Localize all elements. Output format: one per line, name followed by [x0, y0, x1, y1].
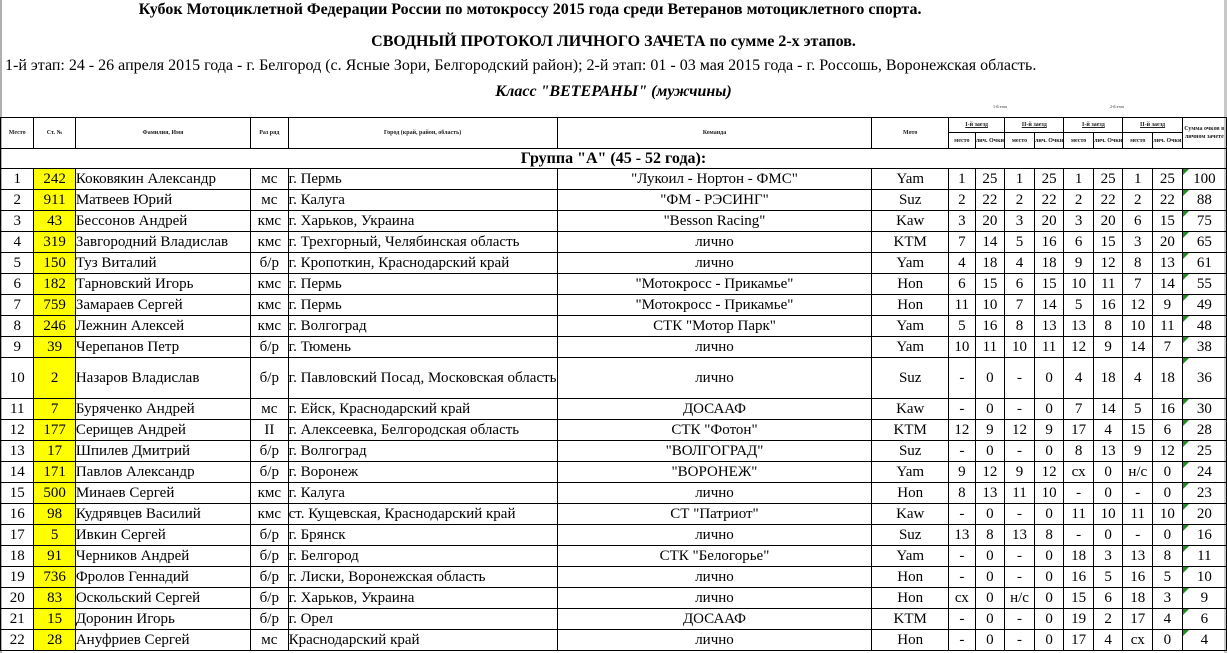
moto-cell: Yam [872, 337, 949, 358]
race-points-cell: 5 [1153, 567, 1183, 588]
col-s2r1-points: лич. Очки [1093, 133, 1123, 149]
race-points-cell: 16 [1153, 399, 1183, 420]
sum-cell: 16 [1182, 525, 1226, 546]
race-place-cell: 9 [1123, 441, 1153, 462]
race-place-cell: н/с [1005, 588, 1035, 609]
race-place-cell: - [1005, 609, 1035, 630]
city-cell: г. Пермь [288, 295, 557, 316]
name-cell: Назаров Владислав [75, 358, 250, 399]
sum-cell: 65 [1182, 232, 1226, 253]
race-place-cell: 11 [949, 295, 976, 316]
race-points-cell: 0 [975, 399, 1005, 420]
team-cell: ДОСААФ [557, 609, 872, 630]
race-place-cell: - [949, 399, 976, 420]
race-points-cell: 8 [1153, 546, 1183, 567]
table-row: 7759Замараев Сергейкмсг. Пермь"Мотокросс… [1, 295, 1227, 316]
race-place-cell: 3 [949, 211, 976, 232]
name-cell: Бессонов Андрей [75, 211, 250, 232]
race-points-cell: 0 [975, 609, 1005, 630]
name-cell: Туз Виталий [75, 253, 250, 274]
race-place-cell: 10 [1064, 274, 1094, 295]
stage2-label: 2-й этап [1110, 104, 1124, 109]
team-cell: "Лукоил - Нортон - ФМС" [557, 169, 872, 190]
race-points-cell: 12 [1093, 253, 1123, 274]
col-s2-race2: II-й заезд [1123, 118, 1182, 133]
name-cell: Тарновский Игорь [75, 274, 250, 295]
race-points-cell: 11 [1034, 337, 1064, 358]
name-cell: Буряченко Андрей [75, 399, 250, 420]
rank-cell: мс [251, 630, 289, 651]
race-place-cell: 13 [1005, 525, 1035, 546]
race-place-cell: сх [949, 588, 976, 609]
start-number-cell: 83 [34, 588, 75, 609]
race-points-cell: 25 [975, 169, 1005, 190]
race-place-cell: - [949, 609, 976, 630]
sum-cell: 48 [1182, 316, 1226, 337]
race-place-cell: 7 [1005, 295, 1035, 316]
col-name: Фамилия, Имя [75, 118, 250, 149]
place-cell: 10 [1, 358, 34, 399]
city-cell: г. Воронеж [288, 462, 557, 483]
race-place-cell: - [1005, 441, 1035, 462]
start-number-cell: 171 [34, 462, 75, 483]
race-points-cell: 0 [1034, 399, 1064, 420]
race-place-cell: сх [1123, 630, 1153, 651]
race-points-cell: 22 [1093, 190, 1123, 211]
place-cell: 21 [1, 609, 34, 630]
race-place-cell: - [1005, 546, 1035, 567]
race-place-cell: 1 [1123, 169, 1153, 190]
team-cell: СТ "Патриот" [557, 504, 872, 525]
city-cell: г. Трехгорный, Челябинская область [288, 232, 557, 253]
sum-cell: 49 [1182, 295, 1226, 316]
race-points-cell: 16 [1093, 295, 1123, 316]
race-points-cell: 0 [1034, 567, 1064, 588]
place-cell: 3 [1, 211, 34, 232]
moto-cell: Hon [872, 483, 949, 504]
moto-cell: Yam [872, 462, 949, 483]
race-points-cell: 0 [1034, 504, 1064, 525]
moto-cell: Hon [872, 567, 949, 588]
sum-cell: 55 [1182, 274, 1226, 295]
rank-cell: кмс [251, 483, 289, 504]
team-cell: лично [557, 232, 872, 253]
city-cell: г. Кропоткин, Краснодарский край [288, 253, 557, 274]
race-points-cell: 8 [1093, 316, 1123, 337]
moto-cell: Kaw [872, 399, 949, 420]
race-points-cell: 0 [1034, 609, 1064, 630]
sum-cell: 10 [1182, 567, 1226, 588]
place-cell: 13 [1, 441, 34, 462]
race-points-cell: 0 [1153, 525, 1183, 546]
start-number-cell: 242 [34, 169, 75, 190]
race-points-cell: 0 [975, 504, 1005, 525]
race-place-cell: 19 [1064, 609, 1094, 630]
table-row: 175Ивкин Сергейб/рг. БрянскличноSuz13813… [1, 525, 1227, 546]
place-cell: 12 [1, 420, 34, 441]
name-cell: Коковякин Александр [75, 169, 250, 190]
race-place-cell: 10 [949, 337, 976, 358]
race-points-cell: 0 [1034, 358, 1064, 399]
race-points-cell: 12 [1153, 441, 1183, 462]
race-place-cell: 3 [1005, 211, 1035, 232]
race-place-cell: - [1005, 399, 1035, 420]
table-row: 1317Шпилев Дмитрийб/рг. Волгоград"ВОЛГОГ… [1, 441, 1227, 462]
team-cell: лично [557, 337, 872, 358]
sum-cell: 25 [1182, 441, 1226, 462]
race-place-cell: - [1064, 483, 1094, 504]
race-place-cell: 2 [1123, 190, 1153, 211]
rank-cell: кмс [251, 504, 289, 525]
race-place-cell: 4 [1123, 358, 1153, 399]
race-points-cell: 13 [1093, 441, 1123, 462]
team-cell: "ФМ - РЭСИНГ" [557, 190, 872, 211]
table-row: 1242Коковякин Александрмсг. Пермь"Лукоил… [1, 169, 1227, 190]
team-cell: лично [557, 525, 872, 546]
col-s1-race1: I-й заезд [949, 118, 1005, 133]
class-title: Класс "ВЕТЕРАНЫ" (мужчины) [0, 83, 1227, 101]
race-points-cell: 15 [975, 274, 1005, 295]
race-points-cell: 7 [1153, 337, 1183, 358]
table-row: 2228Ануфриев СергеймсКраснодарский крайл… [1, 630, 1227, 651]
race-points-cell: 10 [1093, 504, 1123, 525]
col-s1-race2: II-й заезд [1005, 118, 1064, 133]
place-cell: 16 [1, 504, 34, 525]
moto-cell: Suz [872, 525, 949, 546]
col-rank: Раз ряд [251, 118, 289, 149]
start-number-cell: 39 [34, 337, 75, 358]
team-cell: лично [557, 630, 872, 651]
moto-cell: Yam [872, 169, 949, 190]
col-moto: Мото [872, 118, 949, 149]
stages-info: 1-й этап: 24 - 26 апреля 2015 года - г. … [5, 57, 1036, 75]
race-place-cell: 9 [1005, 462, 1035, 483]
name-cell: Замараев Сергей [75, 295, 250, 316]
city-cell: г. Калуга [288, 483, 557, 504]
race-points-cell: 13 [975, 483, 1005, 504]
race-place-cell: - [949, 567, 976, 588]
sum-cell: 23 [1182, 483, 1226, 504]
city-cell: г. Волгоград [288, 441, 557, 462]
place-cell: 19 [1, 567, 34, 588]
race-place-cell: 5 [949, 316, 976, 337]
place-cell: 9 [1, 337, 34, 358]
race-place-cell: 7 [1064, 399, 1094, 420]
name-cell: Павлов Александр [75, 462, 250, 483]
place-cell: 20 [1, 588, 34, 609]
race-points-cell: 20 [1093, 211, 1123, 232]
moto-cell: Hon [872, 630, 949, 651]
race-place-cell: 8 [949, 483, 976, 504]
race-points-cell: 14 [1093, 399, 1123, 420]
start-number-cell: 911 [34, 190, 75, 211]
table-row: 2115Доронин Игорьб/рг. ОрелДОСААФKTM-0-0… [1, 609, 1227, 630]
rank-cell: мс [251, 190, 289, 211]
start-number-cell: 500 [34, 483, 75, 504]
name-cell: Завгородний Владислав [75, 232, 250, 253]
team-cell: "Мотокросс - Прикамье" [557, 274, 872, 295]
start-number-cell: 28 [34, 630, 75, 651]
race-place-cell: 7 [949, 232, 976, 253]
city-cell: г. Белгород [288, 546, 557, 567]
col-sum: Сумма очков в личном зачете [1182, 118, 1226, 149]
city-cell: г. Харьков, Украина [288, 588, 557, 609]
race-points-cell: 15 [1153, 211, 1183, 232]
race-place-cell: - [949, 546, 976, 567]
city-cell: г. Ейск, Краснодарский край [288, 399, 557, 420]
sum-cell: 6 [1182, 609, 1226, 630]
rank-cell: кмс [251, 316, 289, 337]
city-cell: Краснодарский край [288, 630, 557, 651]
results-table: Место Ст. № Фамилия, Имя Раз ряд Город (… [0, 117, 1227, 651]
name-cell: Ивкин Сергей [75, 525, 250, 546]
race-points-cell: 3 [1153, 588, 1183, 609]
race-points-cell: 15 [1034, 274, 1064, 295]
race-points-cell: 25 [1153, 169, 1183, 190]
race-place-cell: 1 [1064, 169, 1094, 190]
race-place-cell: 4 [1005, 253, 1035, 274]
table-row: 8246Лежнин Алексейкмсг. ВолгоградСТК "Мо… [1, 316, 1227, 337]
start-number-cell: 150 [34, 253, 75, 274]
place-cell: 4 [1, 232, 34, 253]
document-title: Кубок Мотоциклетной Федерации России по … [0, 1, 1060, 19]
race-place-cell: 9 [949, 462, 976, 483]
race-points-cell: 6 [1153, 420, 1183, 441]
name-cell: Фролов Геннадий [75, 567, 250, 588]
rank-cell: кмс [251, 211, 289, 232]
col-team: Команда [557, 118, 872, 149]
race-place-cell: 12 [1123, 295, 1153, 316]
place-cell: 8 [1, 316, 34, 337]
race-points-cell: 18 [1034, 253, 1064, 274]
race-place-cell: 12 [949, 420, 976, 441]
race-points-cell: 0 [975, 358, 1005, 399]
table-row: 6182Тарновский Игорькмсг. Пермь"Мотокрос… [1, 274, 1227, 295]
name-cell: Лежнин Алексей [75, 316, 250, 337]
table-row: 15500Минаев Сергейкмсг. КалугаличноHon81… [1, 483, 1227, 504]
moto-cell: Hon [872, 295, 949, 316]
race-points-cell: 13 [1153, 253, 1183, 274]
place-cell: 17 [1, 525, 34, 546]
start-number-cell: 246 [34, 316, 75, 337]
col-number: Ст. № [34, 118, 75, 149]
race-points-cell: 18 [1153, 358, 1183, 399]
race-points-cell: 25 [1093, 169, 1123, 190]
name-cell: Черепанов Петр [75, 337, 250, 358]
start-number-cell: 177 [34, 420, 75, 441]
moto-cell: Yam [872, 253, 949, 274]
race-place-cell: 15 [1064, 588, 1094, 609]
race-points-cell: 10 [1034, 483, 1064, 504]
race-place-cell: - [1005, 567, 1035, 588]
race-place-cell: 2 [1005, 190, 1035, 211]
race-points-cell: 4 [1093, 630, 1123, 651]
race-place-cell: н/с [1123, 462, 1153, 483]
team-cell: "ВОЛГОГРАД" [557, 441, 872, 462]
team-cell: лично [557, 588, 872, 609]
sum-cell: 11 [1182, 546, 1226, 567]
race-points-cell: 4 [1153, 609, 1183, 630]
race-place-cell: 5 [1123, 399, 1153, 420]
race-place-cell: 6 [1005, 274, 1035, 295]
team-cell: "Besson Racing" [557, 211, 872, 232]
city-cell: г. Алексеевка, Белгородская область [288, 420, 557, 441]
race-place-cell: 16 [1064, 567, 1094, 588]
race-place-cell: 8 [1064, 441, 1094, 462]
race-points-cell: 20 [1153, 232, 1183, 253]
team-cell: СТК "Фотон" [557, 420, 872, 441]
race-points-cell: 0 [1034, 588, 1064, 609]
col-s2-race1: I-й заезд [1064, 118, 1123, 133]
col-s1r1-place: место [949, 133, 976, 149]
place-cell: 1 [1, 169, 34, 190]
race-place-cell: - [949, 358, 976, 399]
moto-cell: Yam [872, 546, 949, 567]
race-place-cell: - [1123, 483, 1153, 504]
race-place-cell: - [1064, 525, 1094, 546]
place-cell: 15 [1, 483, 34, 504]
race-points-cell: 22 [1153, 190, 1183, 211]
race-points-cell: 14 [975, 232, 1005, 253]
team-cell: лично [557, 253, 872, 274]
race-place-cell: - [949, 630, 976, 651]
city-cell: ст. Кущевская, Краснодарский край [288, 504, 557, 525]
city-cell: г. Павловский Посад, Московская область [288, 358, 557, 399]
start-number-cell: 182 [34, 274, 75, 295]
race-points-cell: 25 [1034, 169, 1064, 190]
race-points-cell: 0 [1153, 630, 1183, 651]
race-points-cell: 0 [1093, 525, 1123, 546]
race-points-cell: 0 [1034, 441, 1064, 462]
start-number-cell: 17 [34, 441, 75, 462]
race-place-cell: 3 [1123, 232, 1153, 253]
name-cell: Минаев Сергей [75, 483, 250, 504]
col-place: Место [1, 118, 34, 149]
rank-cell: б/р [251, 546, 289, 567]
name-cell: Матвеев Юрий [75, 190, 250, 211]
table-row: 343Бессонов Андрейкмсг. Харьков, Украина… [1, 211, 1227, 232]
race-place-cell: - [949, 441, 976, 462]
start-number-cell: 2 [34, 358, 75, 399]
race-place-cell: - [1005, 630, 1035, 651]
protocol-title: СВОДНЫЙ ПРОТОКОЛ ЛИЧНОГО ЗАЧЕТА по сумме… [0, 33, 1227, 51]
race-points-cell: 18 [1093, 358, 1123, 399]
race-place-cell: 11 [1123, 504, 1153, 525]
table-row: 2911Матвеев Юриймсг. Калуга"ФМ - РЭСИНГ"… [1, 190, 1227, 211]
race-points-cell: 0 [1034, 546, 1064, 567]
moto-cell: Suz [872, 190, 949, 211]
race-place-cell: 14 [1123, 337, 1153, 358]
place-cell: 7 [1, 295, 34, 316]
race-points-cell: 0 [975, 588, 1005, 609]
city-cell: г. Брянск [288, 525, 557, 546]
rank-cell: б/р [251, 525, 289, 546]
race-place-cell: 7 [1123, 274, 1153, 295]
moto-cell: Suz [872, 441, 949, 462]
race-points-cell: 5 [1093, 567, 1123, 588]
table-row: 117Буряченко Андреймсг. Ейск, Краснодарс… [1, 399, 1227, 420]
race-place-cell: 11 [1005, 483, 1035, 504]
sum-cell: 100 [1182, 169, 1226, 190]
race-points-cell: 8 [1034, 525, 1064, 546]
start-number-cell: 91 [34, 546, 75, 567]
team-cell: ДОСААФ [557, 399, 872, 420]
race-points-cell: 8 [975, 525, 1005, 546]
sum-cell: 24 [1182, 462, 1226, 483]
race-points-cell: 10 [975, 295, 1005, 316]
race-place-cell: 16 [1123, 567, 1153, 588]
race-points-cell: 15 [1093, 232, 1123, 253]
col-s1r1-points: лич. Очки [975, 133, 1005, 149]
race-points-cell: 6 [1093, 588, 1123, 609]
race-points-cell: 0 [1034, 630, 1064, 651]
team-cell: СТК "Мотор Парк" [557, 316, 872, 337]
race-place-cell: 5 [1064, 295, 1094, 316]
table-row: 102Назаров Владиславб/рг. Павловский Пос… [1, 358, 1227, 399]
sum-cell: 30 [1182, 399, 1226, 420]
sum-cell: 38 [1182, 337, 1226, 358]
race-points-cell: 0 [975, 567, 1005, 588]
table-row: 2083Оскольский Сергейб/рг. Харьков, Укра… [1, 588, 1227, 609]
race-place-cell: - [1005, 504, 1035, 525]
race-points-cell: 9 [1093, 337, 1123, 358]
race-points-cell: 10 [1153, 504, 1183, 525]
rank-cell: б/р [251, 462, 289, 483]
race-place-cell: 17 [1123, 609, 1153, 630]
race-place-cell: 5 [1005, 232, 1035, 253]
team-cell: "ВОРОНЕЖ" [557, 462, 872, 483]
race-place-cell: 3 [1064, 211, 1094, 232]
rank-cell: кмс [251, 232, 289, 253]
place-cell: 6 [1, 274, 34, 295]
rank-cell: б/р [251, 609, 289, 630]
city-cell: г. Калуга [288, 190, 557, 211]
race-place-cell: 2 [1064, 190, 1094, 211]
sum-cell: 9 [1182, 588, 1226, 609]
city-cell: г. Харьков, Украина [288, 211, 557, 232]
table-row: 1698Кудрявцев Василийкмсст. Кущевская, К… [1, 504, 1227, 525]
rank-cell: б/р [251, 588, 289, 609]
city-cell: г. Тюмень [288, 337, 557, 358]
moto-cell: Kaw [872, 504, 949, 525]
moto-cell: KTM [872, 232, 949, 253]
stage1-label: 1-й этап [993, 104, 1007, 109]
team-cell: "Мотокросс - Прикамье" [557, 295, 872, 316]
group-title: Группа "А" (45 - 52 года): [1, 149, 1227, 169]
start-number-cell: 15 [34, 609, 75, 630]
name-cell: Ануфриев Сергей [75, 630, 250, 651]
team-cell: лично [557, 483, 872, 504]
table-row: 939Черепанов Петрб/рг. ТюменьличноYam101… [1, 337, 1227, 358]
moto-cell: Suz [872, 358, 949, 399]
place-cell: 5 [1, 253, 34, 274]
race-place-cell: 2 [949, 190, 976, 211]
rank-cell: б/р [251, 567, 289, 588]
rank-cell: II [251, 420, 289, 441]
race-place-cell: 10 [1005, 337, 1035, 358]
race-points-cell: 4 [1093, 420, 1123, 441]
name-cell: Шпилев Дмитрий [75, 441, 250, 462]
name-cell: Серищев Андрей [75, 420, 250, 441]
table-row: 12177Серищев АндрейIIг. Алексеевка, Белг… [1, 420, 1227, 441]
name-cell: Кудрявцев Василий [75, 504, 250, 525]
race-place-cell: 18 [1064, 546, 1094, 567]
sum-cell: 61 [1182, 253, 1226, 274]
race-place-cell: 6 [1123, 211, 1153, 232]
city-cell: г. Пермь [288, 169, 557, 190]
race-place-cell: 18 [1123, 588, 1153, 609]
table-row: 4319Завгородний Владиславкмсг. Трехгорны… [1, 232, 1227, 253]
